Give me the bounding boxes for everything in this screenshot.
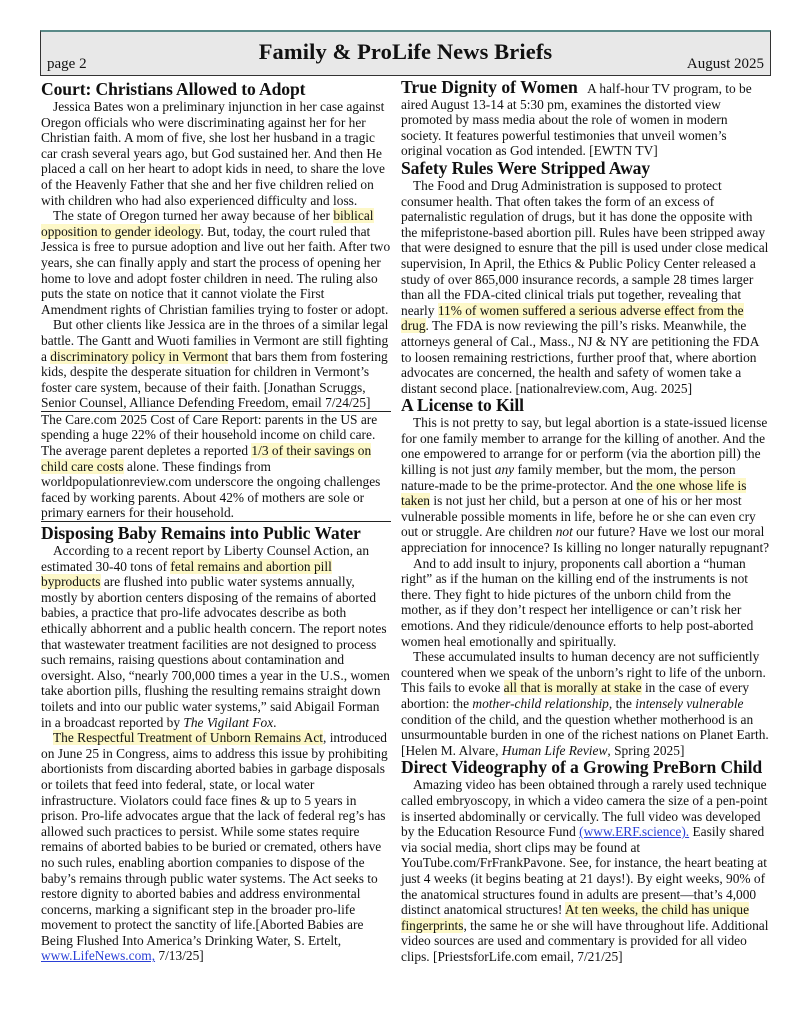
article-heading: True Dignity of Women [401, 77, 578, 97]
article-license: A License to Kill This is not pretty to … [401, 396, 771, 758]
article-paragraph: The Food and Drug Administration is supp… [401, 178, 771, 396]
erf-link[interactable]: (www.ERF.science). [579, 824, 689, 839]
article-paragraph: Amazing video has been obtained through … [401, 777, 771, 964]
article-heading: Court: Christians Allowed to Adopt [41, 80, 391, 99]
article-safety: Safety Rules Were Stripped Away The Food… [401, 159, 771, 396]
article-care-costs: The Care.com 2025 Cost of Care Report: p… [41, 412, 391, 522]
masthead: Family & ProLife News Briefs page 2 Augu… [40, 30, 771, 76]
article-heading: Disposing Baby Remains into Public Water [41, 524, 391, 543]
article-paragraph: True Dignity of Women A half-hour TV pro… [401, 80, 771, 159]
page-number: page 2 [47, 56, 87, 73]
highlighted-text: The Respectful Treatment of Unborn Remai… [53, 730, 323, 745]
article-paragraph: This is not pretty to say, but legal abo… [401, 415, 771, 555]
article-paragraph: The Care.com 2025 Cost of Care Report: p… [41, 412, 391, 521]
article-paragraph: The state of Oregon turned her away beca… [41, 208, 391, 317]
article-paragraph: The Respectful Treatment of Unborn Remai… [41, 730, 391, 964]
article-paragraph: These accumulated insults to human decen… [401, 649, 771, 758]
article-paragraph: According to a recent report by Liberty … [41, 543, 391, 730]
article-video: Direct Videography of a Growing PreBorn … [401, 758, 771, 964]
article-paragraph: But other clients like Jessica are in th… [41, 317, 391, 411]
article-paragraph: Jessica Bates won a preliminary injuncti… [41, 99, 391, 208]
article-water: Disposing Baby Remains into Public Water… [41, 524, 391, 964]
right-column: True Dignity of Women A half-hour TV pro… [401, 80, 771, 964]
newsletter-title: Family & ProLife News Briefs [41, 39, 770, 65]
article-heading: Direct Videography of a Growing PreBorn … [401, 758, 771, 777]
article-heading: Safety Rules Were Stripped Away [401, 159, 771, 178]
issue-date: August 2025 [687, 56, 764, 73]
article-paragraph: And to add insult to injury, proponents … [401, 556, 771, 650]
left-column: Court: Christians Allowed to Adopt Jessi… [41, 80, 391, 964]
article-dignity: True Dignity of Women A half-hour TV pro… [401, 80, 771, 159]
article-heading: A License to Kill [401, 396, 771, 415]
lifenews-link[interactable]: www.LifeNews.com, [41, 948, 155, 963]
source-title: The Vigilant Fox [183, 715, 273, 730]
highlighted-text: discriminatory policy in Vermont [50, 349, 228, 364]
article-adopt: Court: Christians Allowed to Adopt Jessi… [41, 80, 391, 412]
highlighted-text: all that is morally at stake [504, 680, 642, 695]
